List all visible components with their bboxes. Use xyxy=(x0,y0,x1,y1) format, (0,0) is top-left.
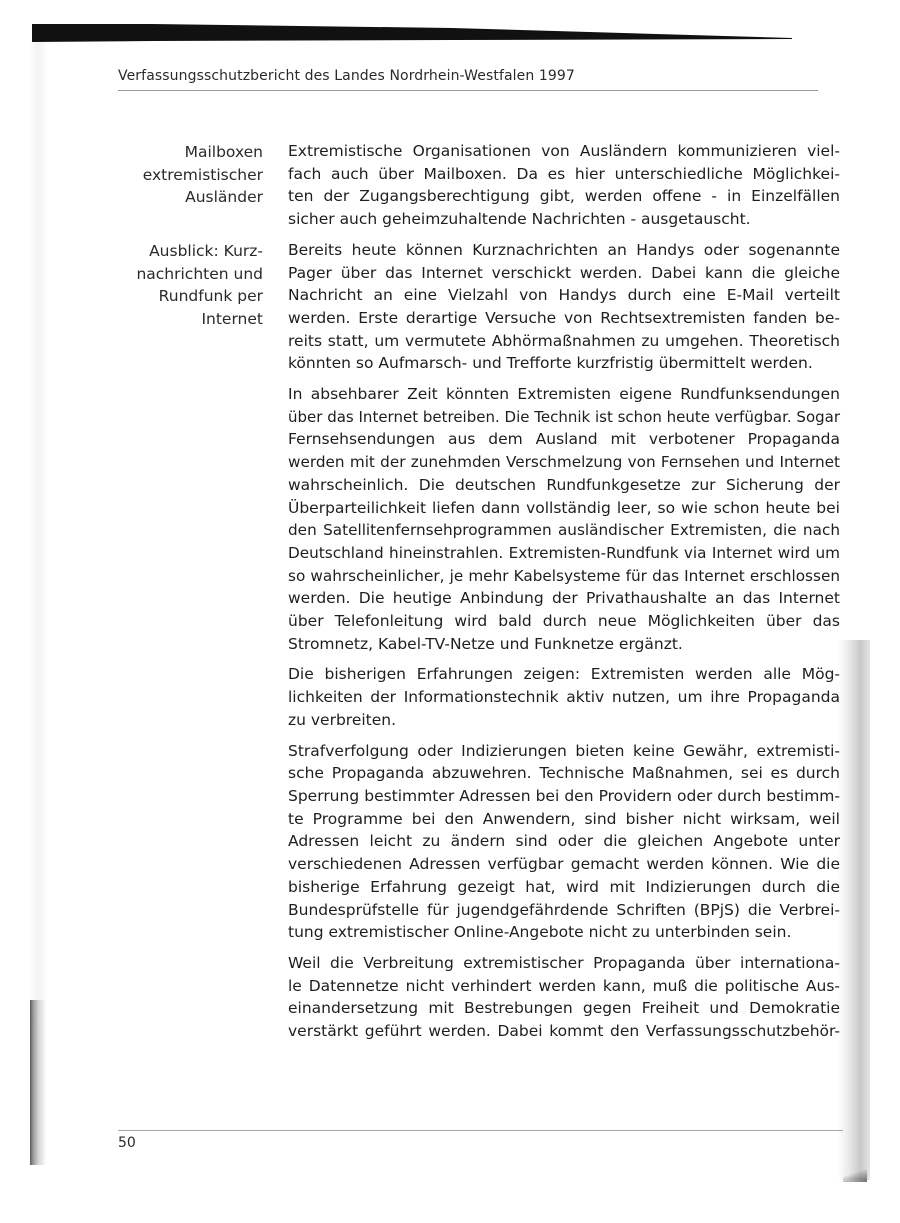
header-rule xyxy=(118,90,818,91)
margin-heading-line: Rundfunk per xyxy=(100,285,263,308)
page-number: 50 xyxy=(118,1135,136,1151)
text-line: reits statt, um vermutete Abhörmaßnahmen… xyxy=(288,330,840,353)
paragraph-erfahrungen: Die bisherigen Erfahrungen zeigen: Extre… xyxy=(288,663,840,731)
text-line: tung extremistischer Online-Angebote nic… xyxy=(288,921,840,944)
text-line: verschiedenen Adressen verfügbar gemacht… xyxy=(288,853,840,876)
text-line: Sperrung bestimmter Adressen bei den Pro… xyxy=(288,785,840,808)
scan-left-edge-shadow xyxy=(30,40,48,1160)
margin-heading-mailboxen: Mailboxen extremistischer Ausländer xyxy=(100,141,263,209)
text-line: könnten so Aufmarsch- und Trefforte kurz… xyxy=(288,352,840,375)
scan-right-edge-shadow xyxy=(838,640,870,1180)
margin-heading-line: Ausblick: Kurz- xyxy=(100,240,263,263)
margin-heading-line: nachrichten und xyxy=(100,263,263,286)
text-line: so wahrscheinlicher, je mehr Kabelsystem… xyxy=(288,565,840,588)
text-line: wahrscheinlich. Die deutschen Rundfunkge… xyxy=(288,474,840,497)
text-line: einandersetzung mit Bestrebungen gegen F… xyxy=(288,997,840,1020)
text-line: verstärkt geführt werden. Dabei kommt de… xyxy=(288,1020,840,1043)
text-line: Weil die Verbreitung extremistischer Pro… xyxy=(288,952,840,975)
body-text-column: Extremistische Organisationen von Auslän… xyxy=(288,140,840,1051)
text-line: zu verbreiten. xyxy=(288,709,840,732)
margin-heading-line: Ausländer xyxy=(100,186,263,209)
text-line: Bereits heute können Kurznachrichten an … xyxy=(288,239,840,262)
text-line: Strafverfolgung oder Indizierungen biete… xyxy=(288,740,840,763)
paragraph-rundfunk: In absehbarer Zeit könnten Extremisten e… xyxy=(288,383,840,655)
text-line: In absehbarer Zeit könnten Extremisten e… xyxy=(288,383,840,406)
text-line: werden. Erste derartige Versuche von Rec… xyxy=(288,307,840,330)
text-line: den Satellitenfernsehprogrammen ausländi… xyxy=(288,519,840,542)
margin-heading-line: extremistischer xyxy=(100,164,263,187)
text-line: Deutschland hineinstrahlen. Extremisten-… xyxy=(288,542,840,565)
paragraph-politische-auseinandersetzung: Weil die Verbreitung extremistischer Pro… xyxy=(288,952,840,1043)
paragraph-mailboxen: Extremistische Organisationen von Auslän… xyxy=(288,140,840,231)
text-line: Adressen leicht zu ändern sind oder die … xyxy=(288,830,840,853)
scan-left-edge-dark xyxy=(30,1000,46,1165)
text-line: le Datennetze nicht verhindert werden ka… xyxy=(288,975,840,998)
paragraph-kurznachrichten: Bereits heute können Kurznachrichten an … xyxy=(288,239,840,375)
text-line: lichkeiten der Informationstechnik aktiv… xyxy=(288,686,840,709)
margin-heading-ausblick: Ausblick: Kurz- nachrichten und Rundfunk… xyxy=(100,240,263,330)
footer-rule xyxy=(118,1130,843,1131)
scan-bar-shape xyxy=(32,20,792,44)
text-line: bisherige Erfahrung gezeigt hat, wird mi… xyxy=(288,876,840,899)
scan-top-bar xyxy=(32,20,792,44)
text-line: sicher auch geheimzuhaltende Nachrichten… xyxy=(288,208,840,231)
text-line: ten der Zugangsberechtigung gibt, werden… xyxy=(288,185,840,208)
text-line: über das Internet betreiben. Die Technik… xyxy=(288,406,840,429)
margin-heading-line: Mailboxen xyxy=(100,141,263,164)
text-line: sche Propaganda abzuwehren. Technische M… xyxy=(288,762,840,785)
text-line: te Programme bei den Anwendern, sind bis… xyxy=(288,808,840,831)
text-line: werden mit der zunehmden Verschmelzung v… xyxy=(288,451,840,474)
text-line: fach auch über Mailboxen. Da es hier unt… xyxy=(288,163,840,186)
text-line: Nachricht an eine Vielzahl von Handys du… xyxy=(288,284,840,307)
margin-heading-line: Internet xyxy=(100,308,263,331)
running-header: Verfassungsschutzbericht des Landes Nord… xyxy=(118,68,575,84)
paragraph-strafverfolgung: Strafverfolgung oder Indizierungen biete… xyxy=(288,740,840,944)
text-line: werden. Die heutige Anbindung der Privat… xyxy=(288,587,840,610)
scan-right-edge-corner xyxy=(843,1170,867,1182)
text-line: Extremistische Organisationen von Auslän… xyxy=(288,140,840,163)
text-line: Überparteilichkeit liefen dann vollständ… xyxy=(288,497,840,520)
text-line: Die bisherigen Erfahrungen zeigen: Extre… xyxy=(288,663,840,686)
text-line: Pager über das Internet verschickt werde… xyxy=(288,262,840,285)
text-line: über Telefonleitung wird bald durch neue… xyxy=(288,610,840,633)
text-line: Stromnetz, Kabel-TV-Netze und Funknetze … xyxy=(288,633,840,656)
text-line: Fernsehsendungen aus dem Ausland mit ver… xyxy=(288,428,840,451)
text-line: Bundesprüfstelle für jugendgefährdende S… xyxy=(288,899,840,922)
